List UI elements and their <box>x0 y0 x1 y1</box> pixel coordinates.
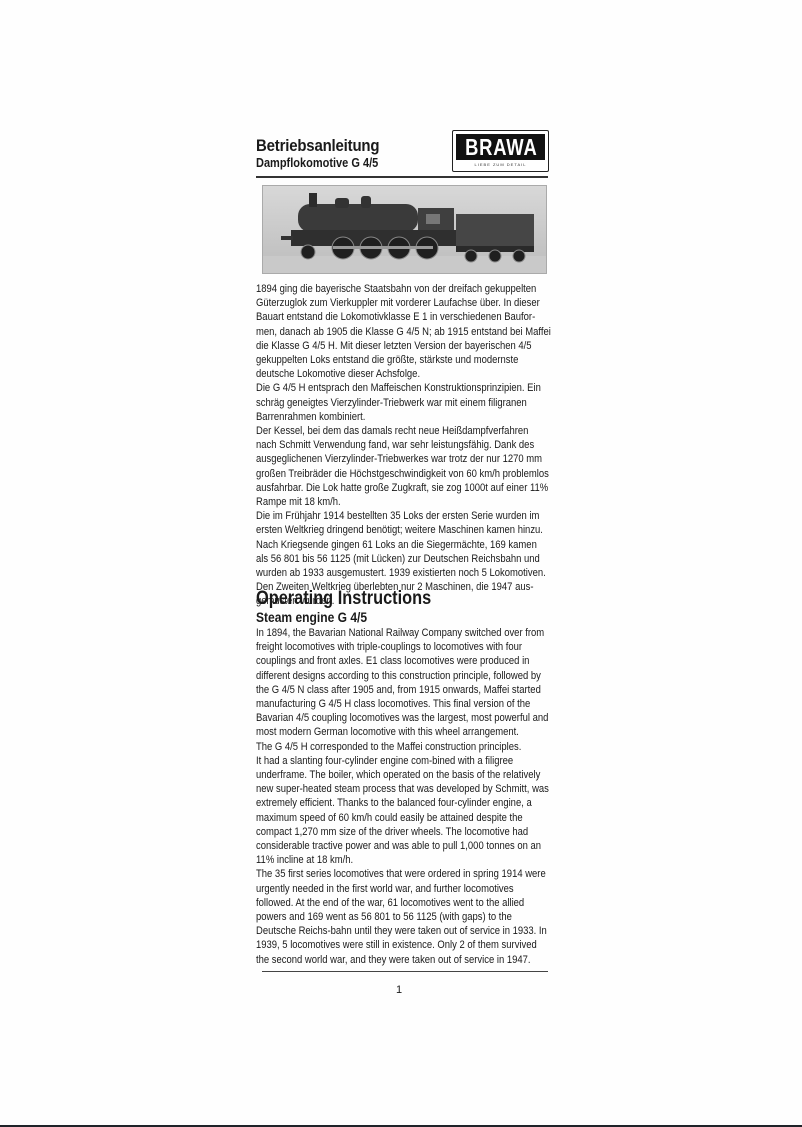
paragraph: Der Kessel, bei dem das damals recht neu… <box>256 424 551 509</box>
brawa-logo: BRAWA LIEBE ZUM DETAIL <box>452 130 549 172</box>
german-description: 1894 ging die bayerische Staatsbahn von … <box>256 282 551 609</box>
header-divider <box>256 176 548 178</box>
document-title: Betriebsanleitung <box>256 136 379 156</box>
document-page: Betriebsanleitung Dampflokomotive G 4/5 … <box>0 0 802 1127</box>
paragraph: The G 4/5 H corresponded to the Maffei c… <box>256 740 551 754</box>
logo-tagline: LIEBE ZUM DETAIL <box>453 162 548 167</box>
locomotive-photo <box>262 185 547 274</box>
paragraph: Die G 4/5 H entsprach den Maffeischen Ko… <box>256 381 551 424</box>
logo-brand: BRAWA <box>465 134 538 160</box>
paragraph: The 35 first series locomotives that wer… <box>256 867 551 966</box>
page-number: 1 <box>396 984 402 996</box>
locomotive-image-icon <box>263 186 546 273</box>
paragraph: 1894 ging die bayerische Staatsbahn von … <box>256 282 551 381</box>
paragraph: It had a slanting four-cylinder engine c… <box>256 754 551 868</box>
english-subheading: Steam engine G 4/5 <box>256 609 367 625</box>
english-description: In 1894, the Bavarian National Railway C… <box>256 626 551 967</box>
footer-divider <box>262 971 548 972</box>
english-heading: Operating Instructions <box>256 588 431 610</box>
paragraph: In 1894, the Bavarian National Railway C… <box>256 626 551 740</box>
document-subtitle: Dampflokomotive G 4/5 <box>256 156 378 170</box>
